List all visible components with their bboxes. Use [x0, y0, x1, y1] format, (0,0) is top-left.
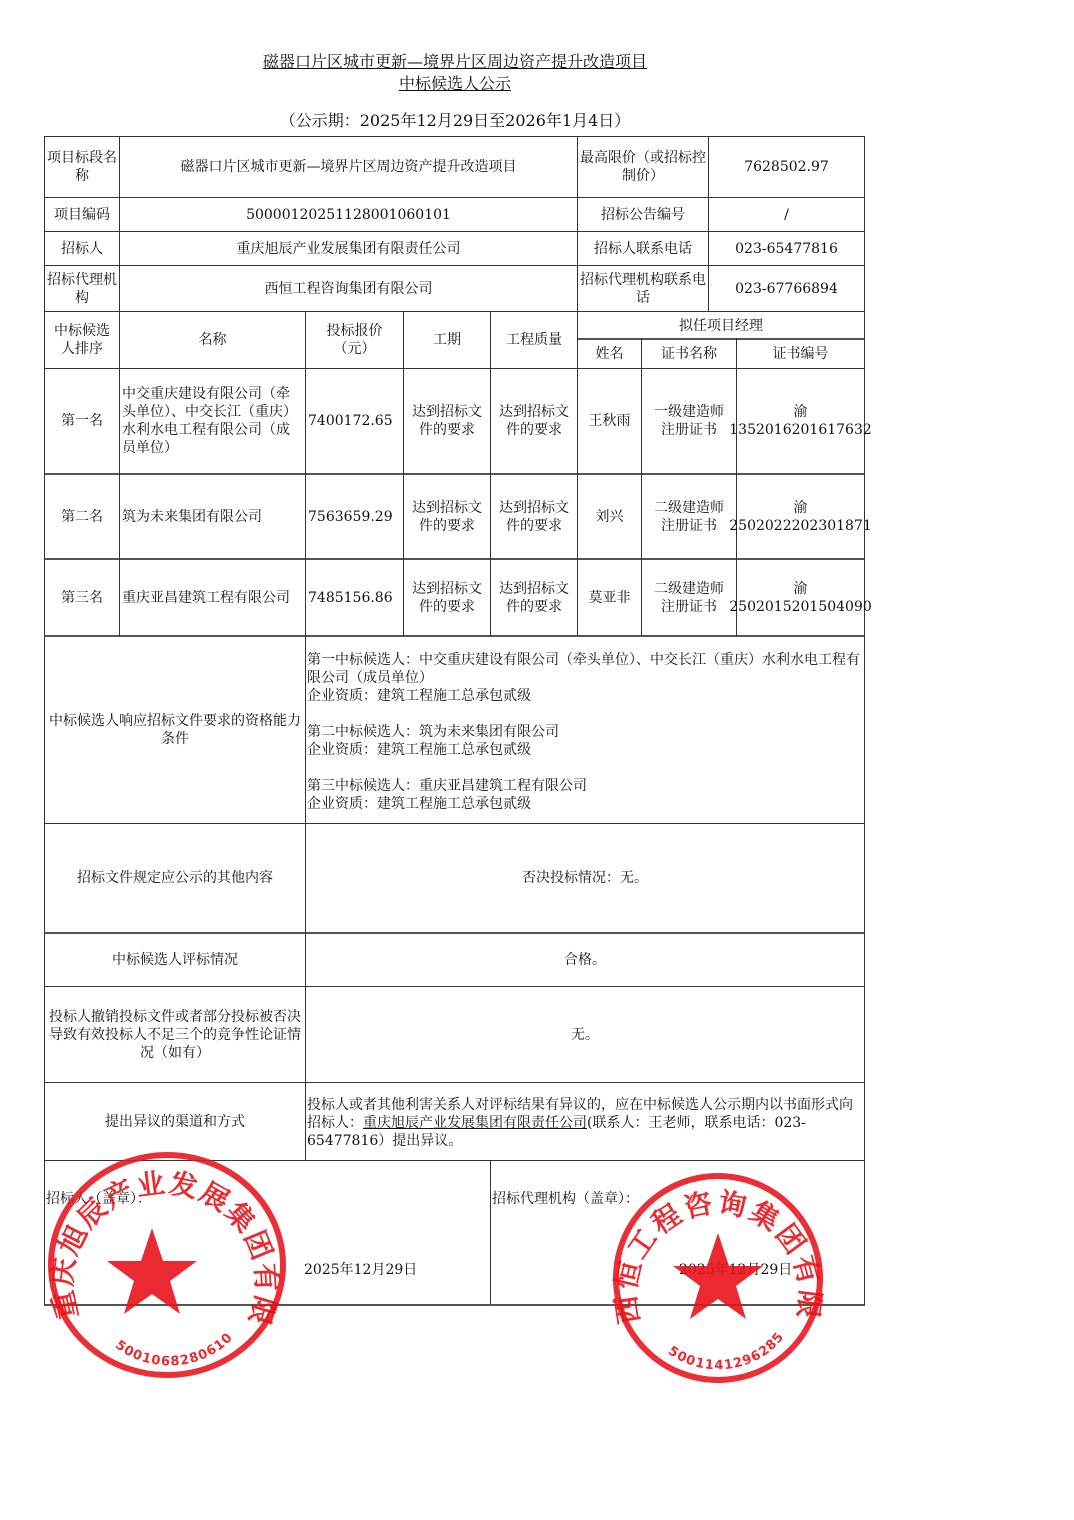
other-content-label: 招标文件规定应公示的其他内容 [45, 824, 305, 932]
star-icon [107, 1228, 197, 1314]
qualification-content: 第一中标候选人：中交重庆建设有限公司（牵头单位）、中交长江（重庆）水利水电工程有… [307, 651, 863, 813]
tenderer-seal: 重庆旭辰产业发展集团有限责任公司 5001068280610 [42, 1148, 292, 1383]
candidate-quality: 达到招标文件的要求 [491, 560, 577, 635]
qualification-candidate-1: 第一中标候选人：中交重庆建设有限公司（牵头单位）、中交长江（重庆）水利水电工程有… [307, 651, 863, 687]
candidate-name: 筑为未来集团有限公司 [120, 475, 305, 558]
candidate-name: 重庆亚昌建筑工程有限公司 [120, 560, 305, 635]
project-code-label: 项目编码 [45, 198, 119, 231]
col-rank-header: 中标候选人排序 [45, 312, 119, 368]
notice-no-label: 招标公告编号 [578, 198, 708, 231]
agency-date: 2025年12月29日 [679, 1261, 792, 1279]
max-price-label: 最高限价（或招标控制价） [578, 137, 708, 197]
svg-text:5001141296285: 5001141296285 [665, 1329, 787, 1373]
tenderer-value: 重庆旭辰产业发展集团有限责任公司 [120, 232, 577, 265]
notice-no-value: / [709, 198, 864, 231]
publicity-period: （公示期：2025年12月29日至2026年1月4日） [0, 108, 910, 131]
cert-name: 二级建造师注册证书 [642, 475, 736, 558]
tenderer-phone-label: 招标人联系电话 [578, 232, 708, 265]
cert-name: 一级建造师注册证书 [642, 369, 736, 473]
candidate-quality: 达到招标文件的要求 [491, 369, 577, 473]
pm-name: 莫亚非 [578, 560, 641, 635]
candidate-period: 达到招标文件的要求 [404, 475, 490, 558]
candidate-price: 7400172.65 [306, 369, 403, 473]
agency-value: 西恒工程咨询集团有限公司 [120, 266, 577, 311]
agency-phone-value: 023-67766894 [709, 266, 864, 311]
col-quality-header: 工程质量 [491, 312, 577, 368]
candidate-period: 达到招标文件的要求 [404, 369, 490, 473]
qualification-level-3: 企业资质：建筑工程施工总承包贰级 [307, 795, 863, 813]
tenderer-phone-value: 023-65477816 [709, 232, 864, 265]
qualification-candidate-3: 第三中标候选人：重庆亚昌建筑工程有限公司 [307, 777, 863, 795]
svg-text:西恒工程咨询集团有限公司: 西恒工程咨询集团有限公司 [608, 1168, 827, 1326]
candidate-period: 达到招标文件的要求 [404, 560, 490, 635]
cert-name: 二级建造师注册证书 [642, 560, 736, 635]
candidate-quality: 达到招标文件的要求 [491, 475, 577, 558]
document-title: 磁器口片区城市更新—境界片区周边资产提升改造项目 [0, 52, 910, 72]
project-name-label: 项目标段名称 [45, 137, 119, 197]
qualification-candidate-2: 第二中标候选人：筑为未来集团有限公司 [307, 723, 863, 741]
col-cert-no-header: 证书编号 [737, 340, 864, 368]
cert-number: 1352016201617632 [729, 421, 872, 439]
objection-company: 重庆旭辰产业发展集团有限责任公司 [363, 1115, 587, 1131]
col-pm-group-header: 拟任项目经理 [578, 312, 864, 339]
other-content-value: 否决投标情况：无。 [306, 824, 864, 932]
cert-prefix: 渝 [794, 403, 808, 421]
tenderer-label: 招标人 [45, 232, 119, 265]
candidate-rank: 第三名 [45, 560, 119, 635]
agency-seal-label: 招标代理机构（盖章）： [492, 1190, 639, 1208]
col-period-header: 工期 [404, 312, 490, 368]
agency-label: 招标代理机构 [45, 266, 119, 311]
cert-number: 2502015201504090 [729, 598, 872, 616]
agency-phone-label: 招标代理机构联系电话 [578, 266, 708, 311]
candidate-name: 中交重庆建设有限公司（牵头单位）、中交长江（重庆）水利水电工程有限公司（成员单位… [120, 369, 305, 473]
pm-name: 王秋雨 [578, 369, 641, 473]
qualification-label: 中标候选人响应招标文件要求的资格能力条件 [45, 637, 305, 823]
candidate-price: 7563659.29 [306, 475, 403, 558]
objection-content: 投标人或者其他利害关系人对评标结果有异议的，应在中标候选人公示期内以书面形式向招… [307, 1096, 863, 1150]
pm-name: 刘兴 [578, 475, 641, 558]
max-price-value: 7628502.97 [709, 137, 864, 197]
candidate-rank: 第二名 [45, 475, 119, 558]
svg-text:5001068280610: 5001068280610 [112, 1330, 236, 1370]
candidate-price: 7485156.86 [306, 560, 403, 635]
qualification-level-1: 企业资质：建筑工程施工总承包贰级 [307, 687, 863, 705]
cert-no: 渝 1352016201617632 [737, 369, 864, 473]
evaluation-value: 合格。 [306, 934, 864, 986]
col-pm-name-header: 姓名 [578, 340, 641, 368]
col-name-header: 名称 [120, 312, 305, 368]
document-subtitle: 中标候选人公示 [0, 74, 910, 94]
tenderer-date: 2025年12月29日 [304, 1261, 417, 1279]
cert-number: 2502022202301871 [729, 517, 872, 535]
candidate-rank: 第一名 [45, 369, 119, 473]
cert-no: 渝 2502015201504090 [737, 560, 864, 635]
cert-prefix: 渝 [794, 580, 808, 598]
qualification-level-2: 企业资质：建筑工程施工总承包贰级 [307, 741, 863, 759]
objection-label: 提出异议的渠道和方式 [45, 1083, 305, 1160]
cert-no: 渝 2502022202301871 [737, 475, 864, 558]
withdraw-value: 无。 [306, 987, 864, 1082]
cert-prefix: 渝 [794, 499, 808, 517]
project-name-value: 磁器口片区城市更新—境界片区周边资产提升改造项目 [120, 137, 577, 197]
withdraw-label: 投标人撤销投标文件或者部分投标被否决导致有效投标人不足三个的竞争性论证情况（如有… [45, 987, 305, 1082]
project-code-value: 500001202511280010601​01 [120, 198, 577, 231]
col-cert-name-header: 证书名称 [642, 340, 736, 368]
evaluation-label: 中标候选人评标情况 [45, 934, 305, 986]
tenderer-seal-label: 招标人（盖章）： [46, 1190, 151, 1208]
seal-ring-icon [51, 1155, 283, 1375]
col-price-header: 投标报价（元） [306, 312, 403, 368]
